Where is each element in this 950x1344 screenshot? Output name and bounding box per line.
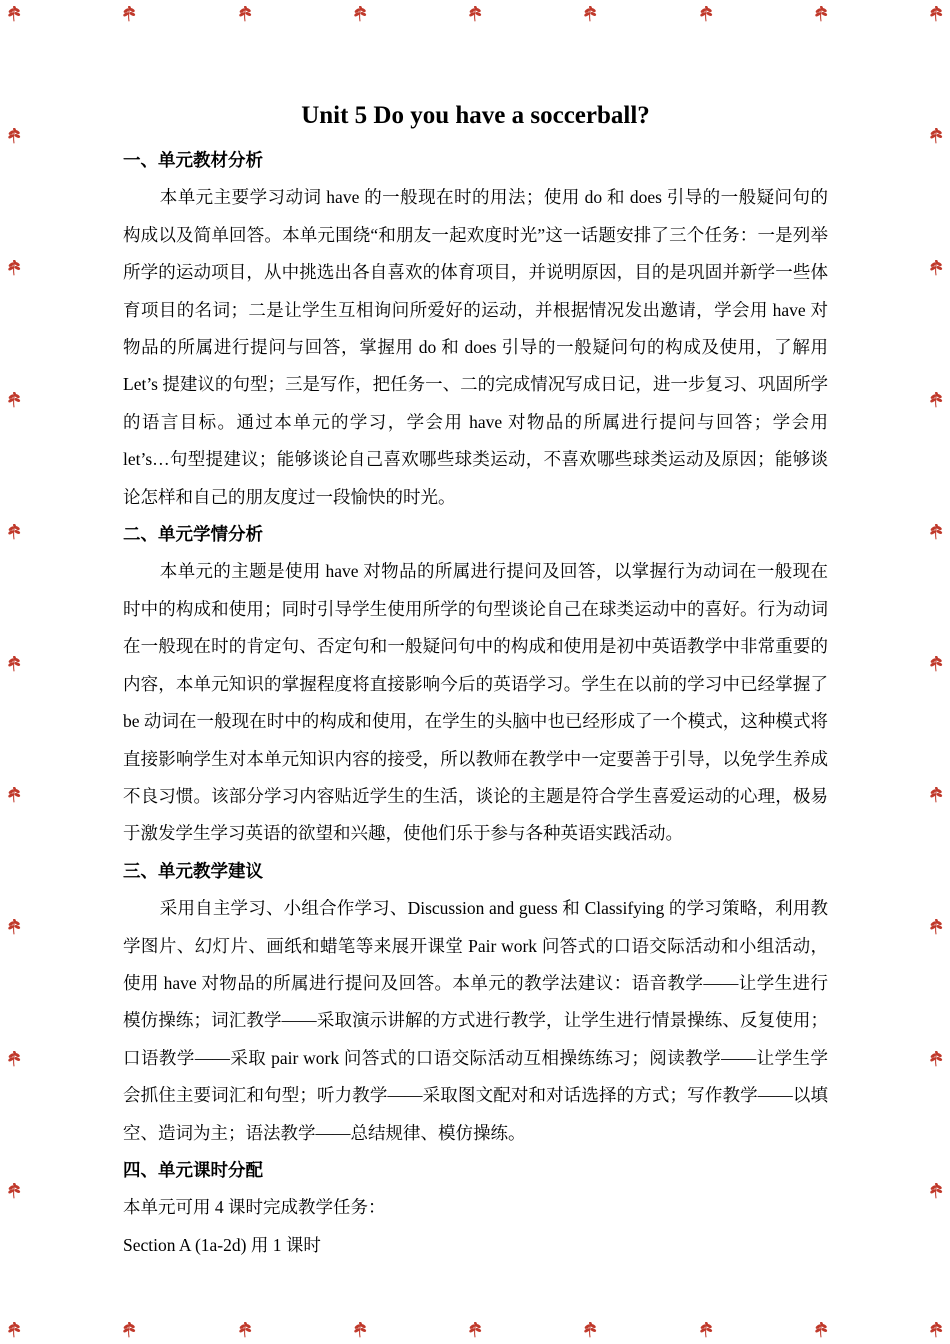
red-plant-stamp-icon bbox=[928, 1322, 944, 1338]
red-plant-stamp-icon bbox=[352, 1322, 368, 1338]
red-plant-stamp-icon bbox=[928, 1183, 944, 1199]
red-plant-stamp-icon bbox=[237, 6, 253, 22]
section-lesson-allocation: 四、单元课时分配 本单元可用 4 课时完成教学任务： Section A (1a… bbox=[123, 1152, 828, 1264]
red-plant-stamp-icon bbox=[928, 656, 944, 672]
section-1-heading: 一、单元教材分析 bbox=[123, 142, 828, 179]
red-plant-stamp-icon bbox=[928, 128, 944, 144]
section-4-heading: 四、单元课时分配 bbox=[123, 1152, 828, 1189]
red-plant-stamp-icon bbox=[6, 1051, 22, 1067]
red-plant-stamp-icon bbox=[928, 6, 944, 22]
section-unit-material-analysis: 一、单元教材分析 本单元主要学习动词 have 的一般现在时的用法；使用 do … bbox=[123, 142, 828, 516]
red-plant-stamp-icon bbox=[467, 1322, 483, 1338]
section-3-heading: 三、单元教学建议 bbox=[123, 853, 828, 890]
document-content: Unit 5 Do you have a soccerball? 一、单元教材分… bbox=[123, 98, 828, 1264]
red-plant-stamp-icon bbox=[928, 524, 944, 540]
red-plant-stamp-icon bbox=[352, 6, 368, 22]
section-3-paragraph: 采用自主学习、小组合作学习、Discussion and guess 和 Cla… bbox=[123, 890, 828, 1152]
red-plant-stamp-icon bbox=[582, 6, 598, 22]
red-plant-stamp-icon bbox=[928, 1051, 944, 1067]
red-plant-stamp-icon bbox=[928, 787, 944, 803]
red-plant-stamp-icon bbox=[6, 1322, 22, 1338]
red-plant-stamp-icon bbox=[698, 6, 714, 22]
red-plant-stamp-icon bbox=[813, 1322, 829, 1338]
total-lessons-line: 本单元可用 4 课时完成教学任务： bbox=[123, 1189, 828, 1226]
red-plant-stamp-icon bbox=[813, 6, 829, 22]
red-plant-stamp-icon bbox=[6, 919, 22, 935]
document-title: Unit 5 Do you have a soccerball? bbox=[123, 98, 828, 134]
red-plant-stamp-icon bbox=[6, 656, 22, 672]
section-2-paragraph: 本单元的主题是使用 have 对物品的所属进行提问及回答，以掌握行为动词在一般现… bbox=[123, 553, 828, 852]
red-plant-stamp-icon bbox=[582, 1322, 598, 1338]
section-a-lessons-line: Section A (1a-2d) 用 1 课时 bbox=[123, 1227, 828, 1264]
red-plant-stamp-icon bbox=[237, 1322, 253, 1338]
red-plant-stamp-icon bbox=[121, 1322, 137, 1338]
red-plant-stamp-icon bbox=[928, 919, 944, 935]
red-plant-stamp-icon bbox=[6, 524, 22, 540]
section-1-paragraph: 本单元主要学习动词 have 的一般现在时的用法；使用 do 和 does 引导… bbox=[123, 179, 828, 516]
red-plant-stamp-icon bbox=[698, 1322, 714, 1338]
section-learner-analysis: 二、单元学情分析 本单元的主题是使用 have 对物品的所属进行提问及回答，以掌… bbox=[123, 516, 828, 853]
red-plant-stamp-icon bbox=[6, 6, 22, 22]
red-plant-stamp-icon bbox=[928, 260, 944, 276]
red-plant-stamp-icon bbox=[6, 787, 22, 803]
red-plant-stamp-icon bbox=[928, 392, 944, 408]
red-plant-stamp-icon bbox=[6, 1183, 22, 1199]
document-page: Unit 5 Do you have a soccerball? 一、单元教材分… bbox=[0, 0, 950, 1344]
red-plant-stamp-icon bbox=[6, 392, 22, 408]
section-2-heading: 二、单元学情分析 bbox=[123, 516, 828, 553]
red-plant-stamp-icon bbox=[6, 128, 22, 144]
red-plant-stamp-icon bbox=[121, 6, 137, 22]
red-plant-stamp-icon bbox=[467, 6, 483, 22]
section-teaching-suggestions: 三、单元教学建议 采用自主学习、小组合作学习、Discussion and gu… bbox=[123, 853, 828, 1152]
red-plant-stamp-icon bbox=[6, 260, 22, 276]
